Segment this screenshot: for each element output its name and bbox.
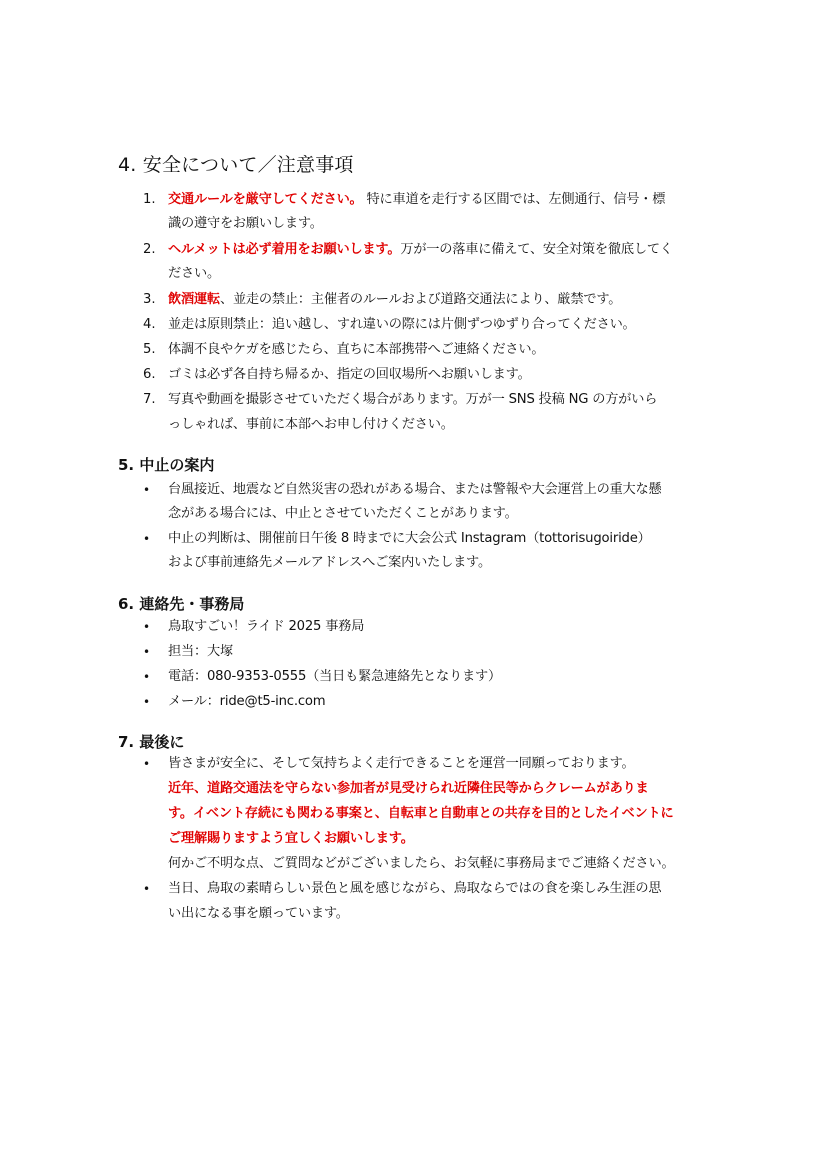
list-item: 台風接近、地震など自然災害の恐れがある場合、または警報や大会運営上の重大な懸 xyxy=(168,478,728,502)
bullet-icon: • xyxy=(143,752,150,776)
list-number: 5. xyxy=(143,338,156,362)
document-page: 4. 安全について／注意事項 1. 交通ルールを厳守してください。 特に車道を走… xyxy=(0,0,827,1169)
list-item-office: 鳥取すごい！ライド 2025 事務局 xyxy=(168,615,728,639)
highlight-text: 交通ルールを厳守してください。 xyxy=(168,192,363,207)
list-number: 7. xyxy=(143,388,156,412)
item-text-continued: ださい。 xyxy=(168,262,728,286)
section-6-title: 6. 連絡先・事務局 xyxy=(118,593,244,614)
bullet-icon: • xyxy=(143,877,150,901)
list-item: 交通ルールを厳守してください。 特に車道を走行する区間では、左側通行、信号・標 xyxy=(168,188,728,212)
bullet-icon: • xyxy=(143,478,150,502)
highlight-text: ヘルメットは必ず着用をお願いします。 xyxy=(168,242,400,257)
item-text-continued: い出になる事を願っています。 xyxy=(168,902,728,926)
item-text-continued: 識の遵守をお願いします。 xyxy=(168,212,728,236)
list-number: 6. xyxy=(143,363,156,387)
item-text: 特に車道を走行する区間では、左側通行、信号・標 xyxy=(363,192,666,207)
list-number: 3. xyxy=(143,288,156,312)
list-item: 並走は原則禁止：追い越し、すれ違いの際には片側ずつゆずり合ってください。 xyxy=(168,313,728,337)
item-text-continued: っしゃれば、事前に本部へお申し付けください。 xyxy=(168,413,728,437)
list-item-phone: 電話：080-9353-0555（当日も緊急連絡先となります） xyxy=(168,665,728,689)
item-text-continued: 念がある場合には、中止とさせていただくことがあります。 xyxy=(168,502,728,526)
bullet-icon: • xyxy=(143,615,150,639)
list-item: 飲酒運転、並走の禁止：主催者のルールおよび道路交通法により、厳禁です。 xyxy=(168,288,728,312)
item-text: 万が一の落車に備えて、安全対策を徹底してく xyxy=(400,242,672,257)
list-item: 皆さまが安全に、そして気持ちよく走行できることを運営一同願っております。 xyxy=(168,752,728,776)
warning-text: 近年、道路交通法を守らない参加者が見受けられ近隣住民等からクレームがありま xyxy=(168,777,728,801)
list-item-contact-person: 担当：大塚 xyxy=(168,640,728,664)
bullet-icon: • xyxy=(143,665,150,689)
warning-text: す。イベント存続にも関わる事案と、自転車と自動車との共存を目的としたイベントに xyxy=(168,802,728,826)
item-text-continued: および事前連絡先メールアドレスへご案内いたします。 xyxy=(168,551,728,575)
list-number: 2. xyxy=(143,238,156,262)
list-item: ヘルメットは必ず着用をお願いします。万が一の落車に備えて、安全対策を徹底してく xyxy=(168,238,728,262)
highlight-text: 飲酒運転 xyxy=(168,292,220,307)
list-number: 1. xyxy=(143,188,156,212)
list-item: 中止の判断は、開催前日午後 8 時までに大会公式 Instagram（totto… xyxy=(168,527,728,551)
section-7-title: 7. 最後に xyxy=(118,731,184,752)
item-text: 、並走の禁止：主催者のルールおよび道路交通法により、厳禁です。 xyxy=(220,292,621,307)
section-5-title: 5. 中止の案内 xyxy=(118,454,214,475)
bullet-icon: • xyxy=(143,640,150,664)
section-4-title: 4. 安全について／注意事項 xyxy=(118,150,354,177)
list-number: 4. xyxy=(143,313,156,337)
list-item: 体調不良やケガを感じたら、直ちに本部携帯へご連絡ください。 xyxy=(168,338,728,362)
list-item: 写真や動画を撮影させていただく場合があります。万が一 SNS 投稿 NG の方が… xyxy=(168,388,728,412)
item-text-continued: 何かご不明な点、ご質問などがございましたら、お気軽に事務局までご連絡ください。 xyxy=(168,852,728,876)
list-item: 当日、鳥取の素晴らしい景色と風を感じながら、鳥取ならではの食を楽しみ生涯の思 xyxy=(168,877,728,901)
list-item-email: メール：ride@t5-inc.com xyxy=(168,690,728,714)
warning-text: ご理解賜りますよう宜しくお願いします。 xyxy=(168,827,728,851)
bullet-icon: • xyxy=(143,690,150,714)
bullet-icon: • xyxy=(143,527,150,551)
list-item: ゴミは必ず各自持ち帰るか、指定の回収場所へお願いします。 xyxy=(168,363,728,387)
